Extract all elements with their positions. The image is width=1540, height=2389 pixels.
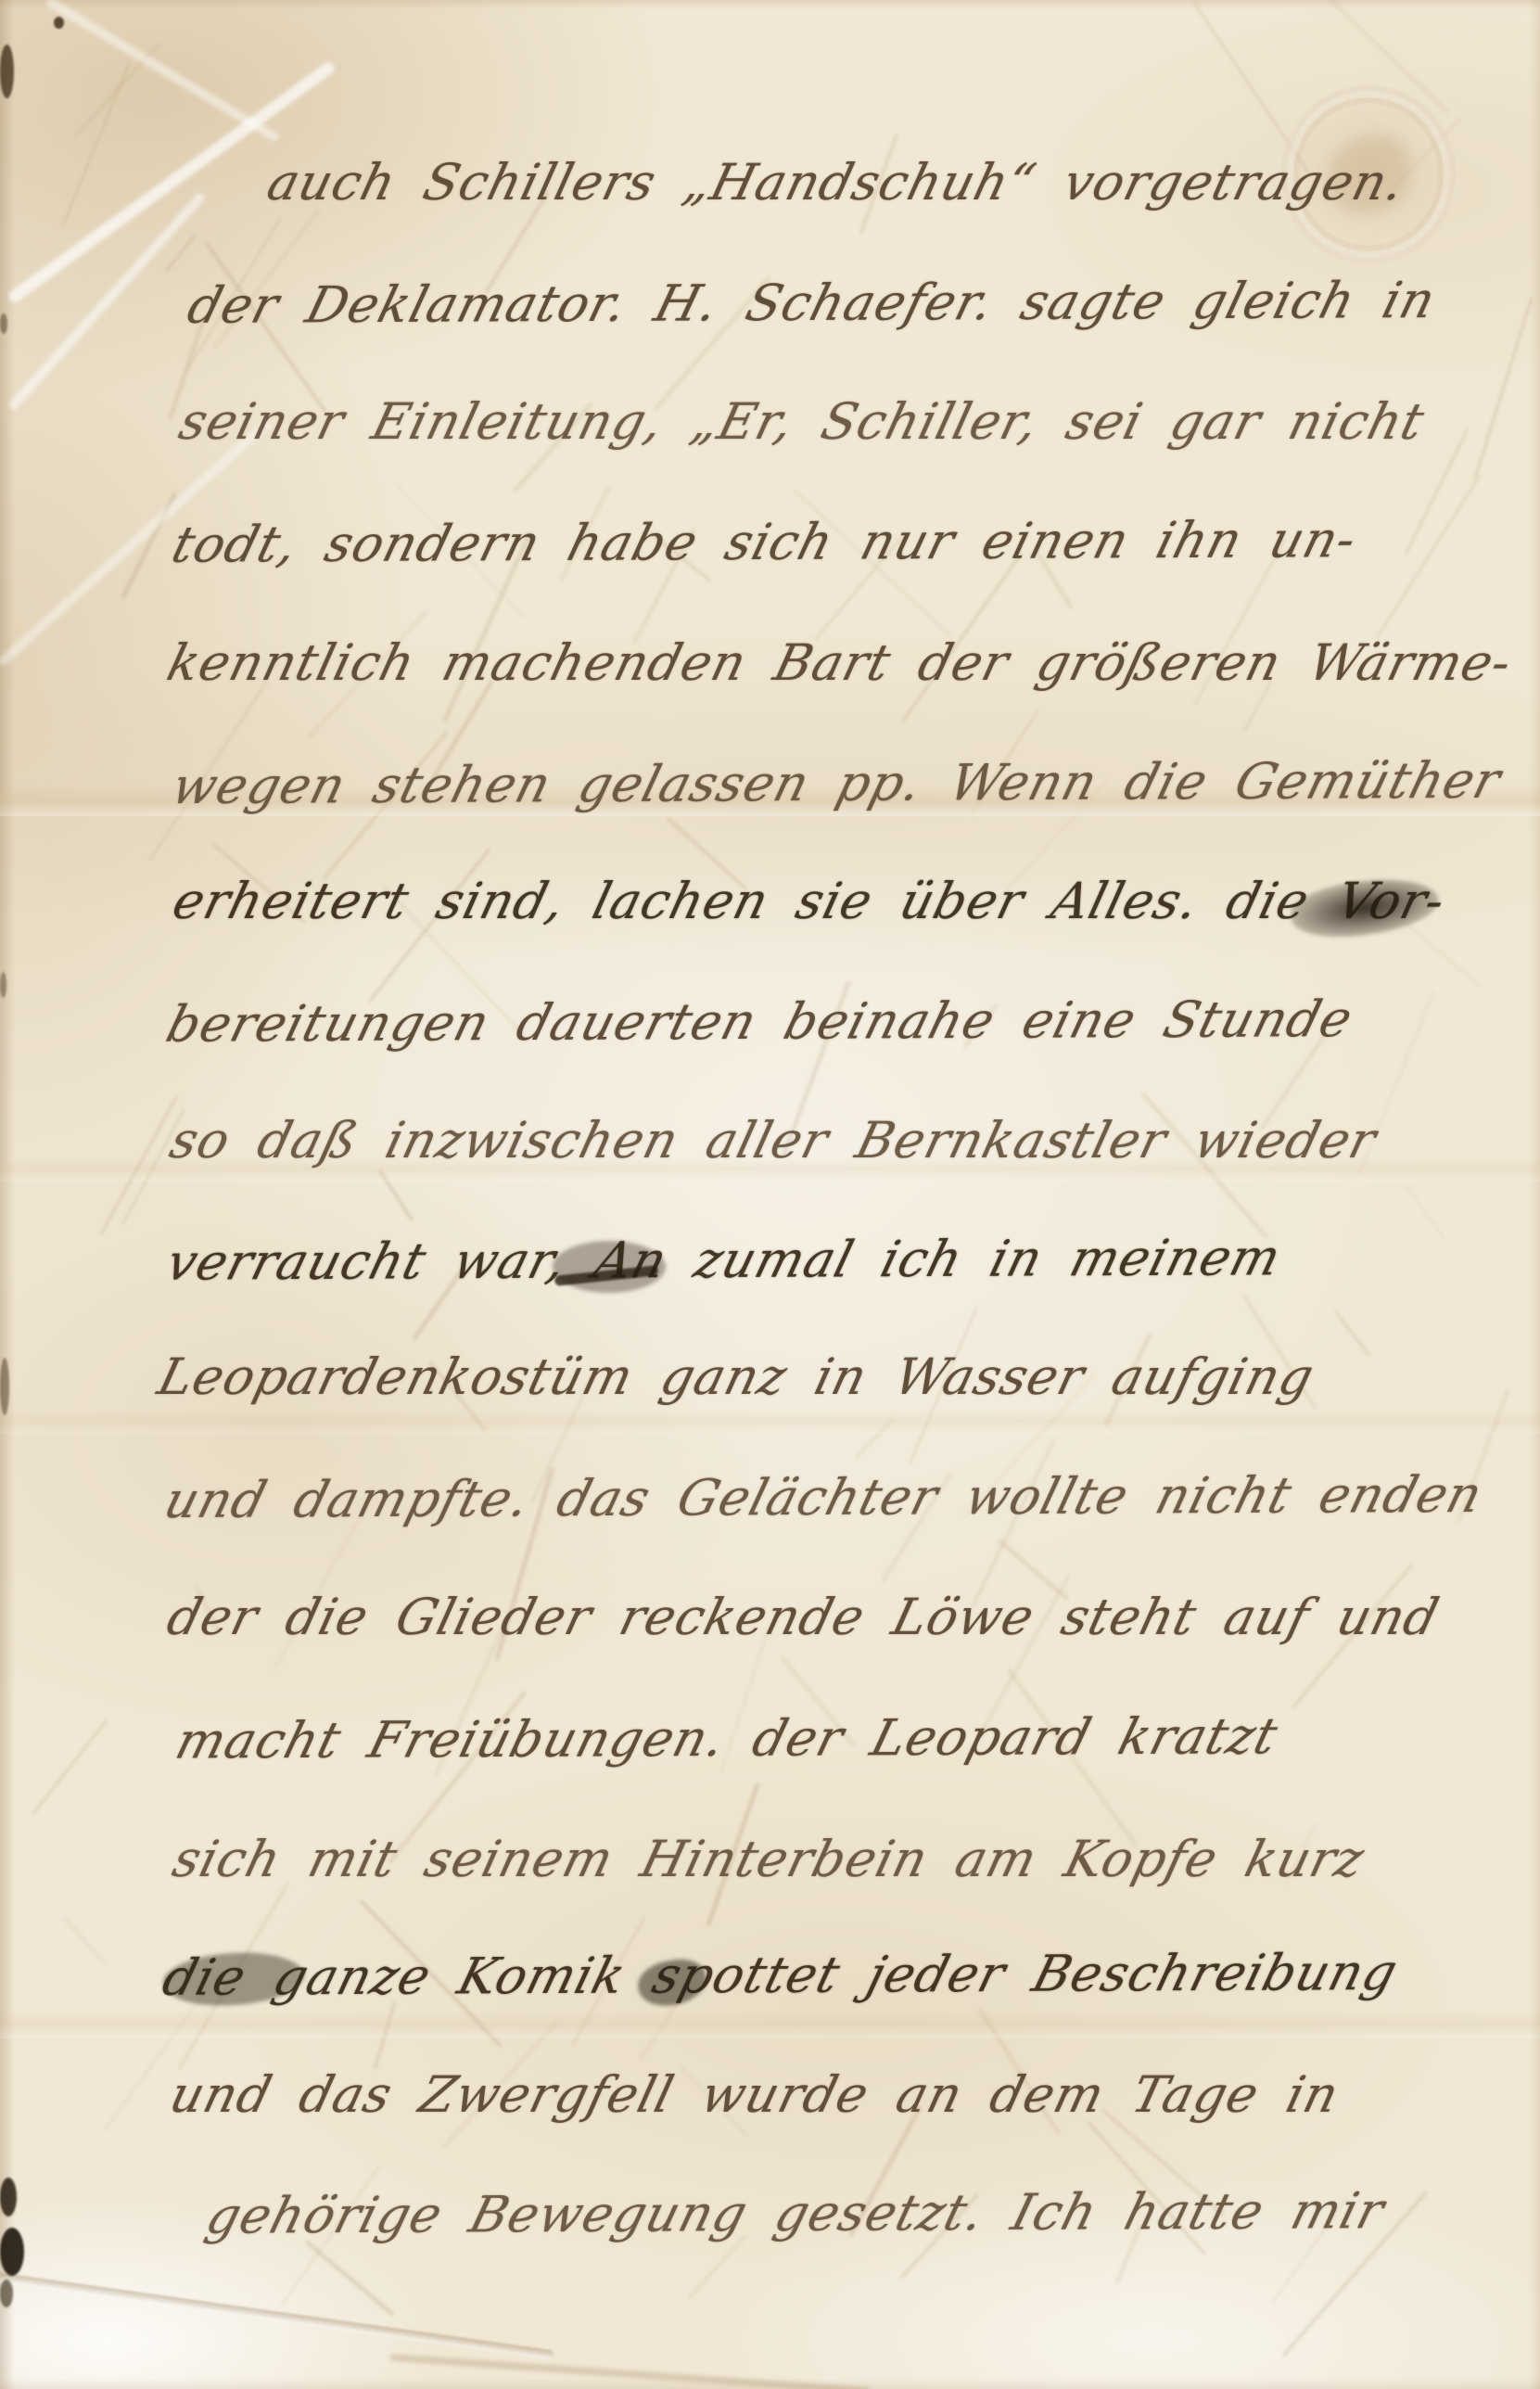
handwritten-line: todt, sondern habe sich nur einen ihn un… bbox=[167, 515, 1362, 570]
handwritten-line: der die Glieder reckende Löwe steht auf … bbox=[162, 1592, 1444, 1642]
handwritten-line: kenntlich machenden Bart der größeren Wä… bbox=[162, 638, 1517, 688]
handwritten-line: verraucht war, An zumal ich in meinem bbox=[161, 1233, 1286, 1287]
handwritten-line: wegen stehen gelassen pp. Wenn die Gemüt… bbox=[167, 756, 1506, 811]
handwritten-line: gehörige Bewegung gesetzt. Ich hatte mir bbox=[201, 2186, 1390, 2242]
handwritten-line: bereitungen dauerten beinahe eine Stunde bbox=[161, 994, 1357, 1050]
handwritten-line: erheitert sind, lachen sie über Alles. d… bbox=[168, 876, 1450, 926]
handwritten-line: seiner Einleitung, „Er, Schiller, sei ga… bbox=[174, 397, 1429, 447]
letter-page: auch Schillers „Handschuh“ vorgetragen. … bbox=[0, 0, 1540, 2389]
handwritten-line: und dampfte. das Gelächter wollte nicht … bbox=[159, 1470, 1488, 1526]
handwritten-line: macht Freiübungen. der Leopard kratzt bbox=[171, 1711, 1283, 1766]
letter-body: auch Schillers „Handschuh“ vorgetragen. … bbox=[0, 0, 1540, 2389]
handwritten-line: so daß inzwischen aller Bernkastler wied… bbox=[165, 1116, 1381, 1166]
handwritten-line: auch Schillers „Handschuh“ vorgetragen. bbox=[262, 158, 1409, 208]
handwritten-line: sich mit seinem Hinterbein am Kopfe kurz bbox=[168, 1834, 1369, 1884]
handwritten-line: die ganze Komik spottet jeder Beschreibu… bbox=[158, 1948, 1403, 2003]
handwritten-line: der Deklamator. H. Schaefer. sagte gleic… bbox=[183, 275, 1441, 331]
handwritten-line: Leopardenkostüm ganz in Wasser aufging bbox=[153, 1352, 1318, 1402]
handwritten-line: und das Zwergfell wurde an dem Tage in bbox=[165, 2070, 1343, 2120]
